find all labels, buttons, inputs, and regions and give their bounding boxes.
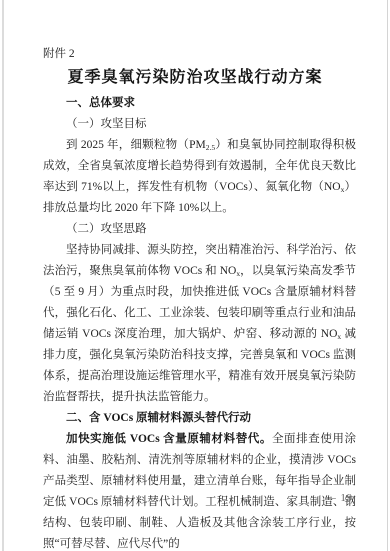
subscript: 2.5 bbox=[206, 143, 215, 152]
section-heading-vocs-substitution: 二、含 VOCs 原辅材料源头替代行动 bbox=[43, 408, 356, 429]
document-title: 夏季臭氧污染防治攻坚战行动方案 bbox=[0, 64, 390, 87]
attachment-label: 附件 2 bbox=[43, 47, 75, 62]
document-page: 附件 2 夏季臭氧污染防治攻坚战行动方案 一、总体要求 （一）攻坚目标 到 20… bbox=[0, 0, 390, 551]
section-heading-overall-requirements: 一、总体要求 bbox=[43, 93, 356, 114]
paragraph-text: 到 2025 年，细颗粒物（PM bbox=[66, 139, 206, 151]
paragraph-approach: 坚持协同减排、源头防控，突出精准治污、科学治污、依法治污，聚焦臭氧前体物 VOC… bbox=[43, 240, 356, 408]
document-body: 一、总体要求 （一）攻坚目标 到 2025 年，细颗粒物（PM2.5）和臭氧协同… bbox=[43, 93, 356, 551]
paragraph-substitution: 加快实施低 VOCs 含量原辅材料替代。全面排查使用涂料、油墨、胶粘剂、清洗剂等… bbox=[43, 429, 356, 551]
page-number: — 19 bbox=[325, 493, 353, 504]
paragraph-text: 全面排查使用涂料、油墨、胶粘剂、清洗剂等原辅材料的企业，摸清涉 VOCs 产品类… bbox=[43, 433, 356, 550]
paragraph-goals: 到 2025 年，细颗粒物（PM2.5）和臭氧协同控制取得积极成效，全省臭氧浓度… bbox=[43, 135, 356, 219]
subsection-heading-goals: （一）攻坚目标 bbox=[43, 114, 356, 135]
paragraph-lead-bold: 加快实施低 VOCs 含量原辅材料替代。 bbox=[66, 433, 272, 445]
subsection-heading-approach: （二）攻坚思路 bbox=[43, 219, 356, 240]
